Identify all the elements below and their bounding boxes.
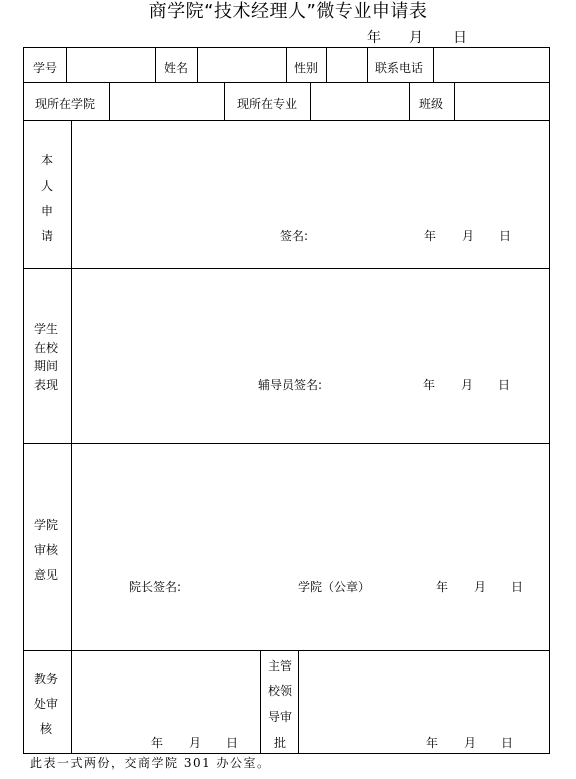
major-label: 现所在专业	[237, 97, 297, 111]
leader-approval-label-line: 批	[274, 736, 286, 750]
phone-field[interactable]	[434, 48, 549, 82]
college-review-label-line: 学院	[34, 518, 58, 532]
major-field[interactable]	[311, 83, 409, 120]
college-label: 现所在学院	[35, 97, 95, 111]
student-id-label: 学号	[33, 61, 57, 75]
class-label: 班级	[419, 97, 443, 111]
table-border-right	[549, 47, 550, 754]
application-month-label: 月	[462, 229, 474, 243]
review-month-label: 月	[474, 580, 486, 594]
student-id-field[interactable]	[67, 48, 155, 82]
cell-divider	[224, 82, 225, 121]
college-field[interactable]	[110, 83, 224, 120]
performance-day-label: 日	[498, 378, 510, 392]
name-field[interactable]	[198, 48, 286, 82]
table-border-left	[23, 47, 24, 754]
personal-application-field[interactable]	[72, 121, 549, 268]
class-field[interactable]	[455, 83, 549, 120]
cell-divider	[409, 82, 410, 121]
phone-label: 联系电话	[375, 61, 423, 75]
affairs-month-label: 月	[189, 736, 201, 750]
performance-label-line: 表现	[34, 378, 58, 392]
cell-divider	[155, 47, 156, 83]
academic-affairs-label-line: 教务	[34, 672, 58, 686]
application-day-label: 日	[499, 229, 511, 243]
leader-approval-label-line: 导审	[268, 710, 292, 724]
review-day-label: 日	[511, 580, 523, 594]
personal-application-label-char: 人	[41, 179, 53, 193]
performance-label-line: 学生	[34, 322, 58, 336]
personal-application-label-char: 本	[41, 153, 53, 167]
dean-signature-label: 院长签名:	[129, 580, 181, 594]
performance-label-line: 在校	[34, 341, 58, 355]
leader-approval-label-line: 校领	[268, 684, 292, 698]
gender-label: 性别	[294, 61, 318, 75]
review-year-label: 年	[436, 580, 448, 594]
college-review-field[interactable]	[72, 444, 549, 650]
academic-affairs-label-line: 处审	[34, 697, 58, 711]
college-review-label-line: 意见	[34, 568, 58, 582]
approval-month-label: 月	[464, 736, 476, 750]
cell-divider	[286, 47, 287, 83]
counselor-signature-label: 辅导员签名:	[258, 378, 322, 392]
leader-approval-label-line: 主管	[268, 659, 292, 673]
performance-month-label: 月	[461, 378, 473, 392]
approval-year-label: 年	[426, 736, 438, 750]
school-performance-field[interactable]	[72, 269, 549, 443]
academic-affairs-label-line: 核	[40, 722, 52, 736]
performance-label-line: 期间	[34, 359, 58, 373]
footer-note: 此表一式两份，交商学院 301 办公室。	[30, 754, 271, 771]
applicant-signature-label: 签名:	[280, 229, 308, 243]
name-label: 姓名	[164, 61, 188, 75]
affairs-day-label: 日	[226, 736, 238, 750]
personal-application-label-char: 申	[41, 204, 53, 218]
affairs-year-label: 年	[151, 736, 163, 750]
cell-divider	[367, 47, 368, 83]
application-year-label: 年	[424, 229, 436, 243]
gender-field[interactable]	[327, 48, 367, 82]
personal-application-label-char: 请	[41, 229, 53, 243]
college-seal-label: 学院（公章）	[298, 580, 370, 594]
performance-year-label: 年	[423, 378, 435, 392]
cell-divider	[260, 650, 261, 754]
approval-day-label: 日	[501, 736, 513, 750]
college-review-label-line: 审核	[34, 543, 58, 557]
